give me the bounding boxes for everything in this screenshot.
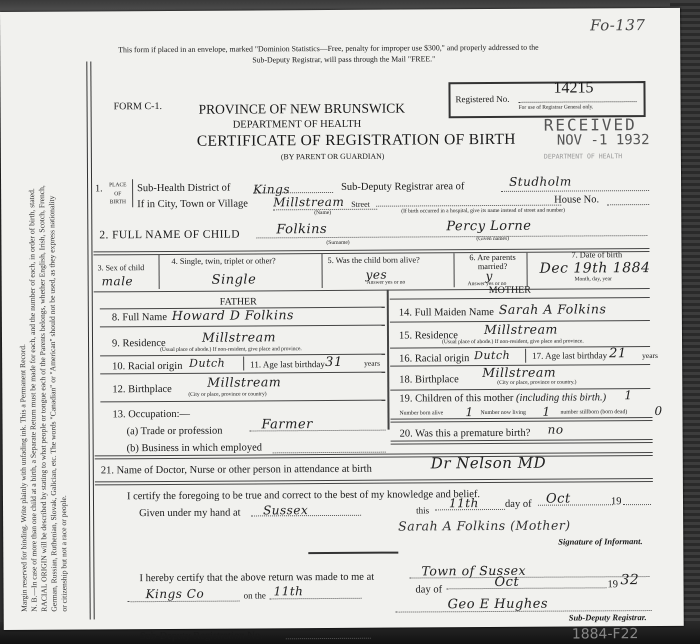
informant-signature[interactable]: Sarah A Folkins (Mother) bbox=[398, 518, 571, 534]
father-heading: FATHER bbox=[220, 296, 257, 307]
divider-alive-married bbox=[453, 253, 454, 287]
attendant-value[interactable]: Dr Nelson MD bbox=[431, 454, 546, 473]
mother-age-value[interactable]: 21 bbox=[609, 346, 627, 361]
mother-residence-value[interactable]: Millstream bbox=[484, 322, 558, 337]
mail-notice-line2: Sub-Deputy Registrar, will pass through … bbox=[252, 54, 435, 64]
registered-number-label: Registered No. bbox=[456, 94, 510, 104]
registrar-day-value: 11th bbox=[270, 584, 304, 598]
premature-birth-value[interactable]: no bbox=[548, 423, 564, 437]
informant-place-value: Sussex bbox=[251, 503, 308, 517]
received-stamp-department: DEPARTMENT OF HEALTH bbox=[544, 152, 622, 160]
sub-deputy-registration-number-label: Sub-Deputy Registration No. bbox=[140, 630, 263, 642]
city-name-caption: (Name) bbox=[314, 210, 331, 216]
section-divider-informant bbox=[95, 478, 653, 485]
registrar-general-note: For use of Registrar General only. bbox=[519, 104, 594, 110]
father-residence-label: 9. Residence bbox=[112, 338, 166, 349]
place-of-birth-side-label: PLACE OF BIRTH bbox=[109, 181, 127, 207]
registrar-month-value: Oct bbox=[446, 575, 519, 590]
side-label-birth: BIRTH bbox=[109, 198, 126, 207]
date-of-birth-label: 7. Date of birth bbox=[571, 250, 622, 259]
father-business-field[interactable] bbox=[273, 440, 386, 454]
informant-day-field[interactable]: 11th bbox=[435, 494, 505, 510]
children-of-mother-label: 19. Children of this mother (including t… bbox=[399, 392, 606, 404]
stillborn-count-value[interactable]: 0 bbox=[654, 404, 662, 418]
mother-maiden-name-label: 14. Full Maiden Name bbox=[399, 307, 494, 319]
child-given-names-value: Percy Lorne bbox=[446, 219, 531, 235]
father-age-value[interactable]: 31 bbox=[325, 355, 343, 370]
house-number-field[interactable] bbox=[607, 204, 649, 205]
sub-deputy-area-value: Studholm bbox=[501, 175, 572, 189]
mother-racial-origin-value[interactable]: Dutch bbox=[474, 349, 510, 362]
mother-birthplace-caption: (City or place, province or country.) bbox=[497, 379, 576, 385]
section-divider-row3-top bbox=[93, 248, 649, 255]
date-of-birth-caption: Month, day, year bbox=[575, 276, 612, 282]
certificate-title: CERTIFICATE OF REGISTRATION OF BIRTH bbox=[197, 131, 516, 151]
sub-deputy-area-field[interactable]: Studholm bbox=[501, 172, 649, 192]
mother-residence-caption: (Usual place of abode.) If non-resident,… bbox=[442, 338, 584, 345]
now-living-count-value[interactable]: 1 bbox=[542, 405, 550, 419]
registrar-county-value: Kings Co bbox=[128, 587, 205, 601]
mother-row-rule-4 bbox=[390, 388, 650, 391]
father-residence-caption: (Usual place of abode.) If non-resident,… bbox=[160, 346, 302, 353]
informant-place-field[interactable]: Sussex bbox=[251, 501, 361, 517]
registrar-month-field[interactable]: Oct bbox=[446, 572, 606, 589]
registrar-signature: Geo E Hughes bbox=[396, 597, 549, 613]
registered-number-dotted-line bbox=[519, 101, 637, 103]
mother-row-rule-5 bbox=[390, 417, 652, 423]
department-heading: DEPARTMENT OF HEALTH bbox=[233, 119, 362, 131]
born-alive-count-value[interactable]: 1 bbox=[465, 405, 473, 419]
born-alive-count-label: Number born alive bbox=[399, 410, 443, 416]
attendant-label: 21. Name of Doctor, Nurse or other perso… bbox=[101, 464, 372, 477]
father-occupation-label: 13. Occupation:— bbox=[112, 409, 190, 420]
side-label-of: OF bbox=[109, 190, 126, 199]
children-of-mother-note: (including this birth.) bbox=[516, 392, 606, 404]
father-racial-origin-value[interactable]: Dutch bbox=[189, 357, 225, 370]
mother-age-label: 17. Age last birthday bbox=[532, 350, 607, 360]
father-trade-value: Farmer bbox=[249, 417, 312, 432]
registrar-signature-field[interactable]: Geo E Hughes bbox=[396, 594, 652, 613]
side-label-place: PLACE bbox=[109, 181, 126, 190]
city-town-village-value: Millstream bbox=[273, 195, 344, 209]
surname-caption: (Surname) bbox=[326, 240, 349, 246]
father-racial-origin-label: 10. Racial origin bbox=[112, 361, 182, 372]
place-of-birth-number: 1. bbox=[95, 183, 103, 194]
children-of-mother-value[interactable]: 1 bbox=[624, 388, 632, 402]
corner-annotation: Fo-137 bbox=[590, 16, 645, 34]
multiplicity-label: 4. Single, twin, triplet or other? bbox=[171, 256, 275, 266]
registrar-year-prefix: 19 bbox=[607, 579, 618, 590]
registrar-day-of-label: day of bbox=[416, 584, 443, 595]
received-stamp-date: NOV -1 1932 bbox=[557, 132, 650, 149]
father-full-name-value[interactable]: Howard D Folkins bbox=[172, 307, 294, 323]
father-business-label: (b) Business in which employed bbox=[127, 442, 262, 454]
informant-this-label: this bbox=[416, 505, 429, 515]
street-field[interactable] bbox=[376, 205, 561, 207]
child-surname-value: Folkins bbox=[256, 222, 327, 237]
children-of-mother-text: 19. Children of this mother bbox=[399, 393, 513, 405]
sex-value[interactable]: male bbox=[102, 274, 134, 288]
registrar-county-field[interactable]: Kings Co bbox=[128, 585, 240, 603]
given-under-hand-label: Given under my hand at bbox=[139, 508, 241, 520]
sub-deputy-area-label: Sub-Deputy Registrar area of bbox=[341, 181, 464, 193]
divider-married-dob bbox=[526, 253, 527, 287]
informant-day-of-label: day of bbox=[505, 499, 532, 510]
father-row-rule-4 bbox=[100, 400, 385, 403]
father-birthplace-label: 12. Birthplace bbox=[112, 384, 172, 395]
born-alive-caption: Answer yes or no bbox=[367, 280, 406, 286]
sub-health-district-label: Sub-Health District of bbox=[137, 183, 230, 195]
given-names-caption: (Given names) bbox=[476, 236, 509, 242]
place-of-birth-bracket bbox=[132, 179, 133, 207]
now-living-count-label: Number now living bbox=[480, 410, 525, 416]
born-alive-label: 5. Was the child born alive? bbox=[327, 255, 419, 265]
mother-birthplace-value[interactable]: Millstream bbox=[482, 365, 556, 380]
multiplicity-value[interactable]: Single bbox=[212, 272, 257, 287]
certificate-subtitle: (BY PARENT OR GUARDIAN) bbox=[281, 152, 385, 162]
mother-row-rule-6 bbox=[391, 439, 653, 445]
section-divider-parents bbox=[94, 288, 650, 292]
registrar-day-field[interactable]: 11th bbox=[269, 582, 361, 600]
registrar-signature-caption: Sub-Deputy Registrar. bbox=[569, 612, 647, 622]
informant-month-field[interactable]: Oct bbox=[538, 489, 613, 505]
form-id: FORM C-1. bbox=[114, 101, 162, 112]
margin-notes: Margin reserved for binding. Write plain… bbox=[16, 42, 69, 612]
father-mother-divider bbox=[387, 290, 390, 430]
stillborn-count-label: number stillborn (born dead) bbox=[560, 409, 627, 415]
child-name-label: 2. FULL NAME OF CHILD bbox=[99, 229, 240, 242]
registered-number-box: 14215 Registered No. For use of Registra… bbox=[448, 81, 645, 118]
father-residence-value[interactable]: Millstream bbox=[202, 329, 276, 344]
date-of-birth-value[interactable]: Dec 19th 1884 bbox=[540, 260, 651, 277]
father-birthplace-value[interactable]: Millstream bbox=[207, 374, 281, 389]
father-birthplace-caption: (City or place, province or country) bbox=[188, 391, 266, 397]
father-trade-field[interactable]: Farmer bbox=[249, 415, 385, 432]
child-name-field[interactable]: Folkins Percy Lorne bbox=[256, 218, 647, 238]
mother-racial-age-divider bbox=[525, 349, 526, 363]
informant-year-prefix: 19 bbox=[611, 496, 622, 507]
divider-sex-single bbox=[158, 255, 159, 289]
informant-month-value: Oct bbox=[538, 492, 571, 507]
sex-label: 3. Sex of child bbox=[98, 263, 145, 272]
mother-maiden-name-value[interactable]: Sarah A Folkins bbox=[499, 301, 607, 317]
premature-birth-label: 20. Was this a premature birth? bbox=[400, 428, 531, 440]
certification-separator bbox=[308, 552, 398, 555]
margin-divider bbox=[86, 61, 94, 619]
divider-single-alive bbox=[321, 254, 322, 288]
file-annotation: 1884-F22 bbox=[572, 626, 639, 642]
house-number-label: House No. bbox=[554, 194, 599, 205]
registered-number: 14215 bbox=[553, 79, 593, 97]
mother-heading: MOTHER bbox=[489, 285, 531, 296]
city-town-village-label: If in City, Town or Village bbox=[137, 198, 248, 210]
father-row-rule-1 bbox=[100, 325, 385, 328]
informant-year-field[interactable] bbox=[623, 504, 651, 505]
margin-note-racial-origin-3: or citizenship but not a race or people. bbox=[56, 42, 69, 612]
mother-birthplace-label: 18. Birthplace bbox=[399, 374, 459, 385]
birth-certificate-document: Fo-137 Margin reserved for binding. Writ… bbox=[0, 8, 684, 630]
registrar-on-the-label: on the bbox=[244, 590, 266, 600]
mail-notice-line1: This form if placed in an envelope, mark… bbox=[118, 43, 538, 55]
mother-heading-rule bbox=[390, 297, 650, 300]
registrar-year-suffix[interactable]: 32 bbox=[620, 572, 639, 588]
father-full-name-label: 8. Full Name bbox=[112, 312, 167, 323]
father-age-unit: years bbox=[364, 359, 380, 368]
father-age-label: 11. Age last birthday bbox=[250, 359, 325, 369]
province-heading: PROVINCE OF NEW BRUNSWICK bbox=[199, 101, 405, 118]
mother-age-unit: years bbox=[642, 351, 658, 360]
father-racial-age-divider bbox=[243, 357, 244, 371]
hospital-note: (If birth occurred in a hospital, give i… bbox=[401, 208, 565, 215]
informant-signature-caption: Signature of Informant. bbox=[558, 536, 642, 547]
mother-racial-origin-label: 16. Racial origin bbox=[399, 353, 469, 364]
street-label: Street bbox=[351, 200, 370, 209]
informant-day-value: 11th bbox=[435, 496, 479, 510]
father-trade-label: (a) Trade or profession bbox=[127, 426, 223, 438]
sub-health-district-field[interactable]: Kings bbox=[253, 180, 333, 193]
